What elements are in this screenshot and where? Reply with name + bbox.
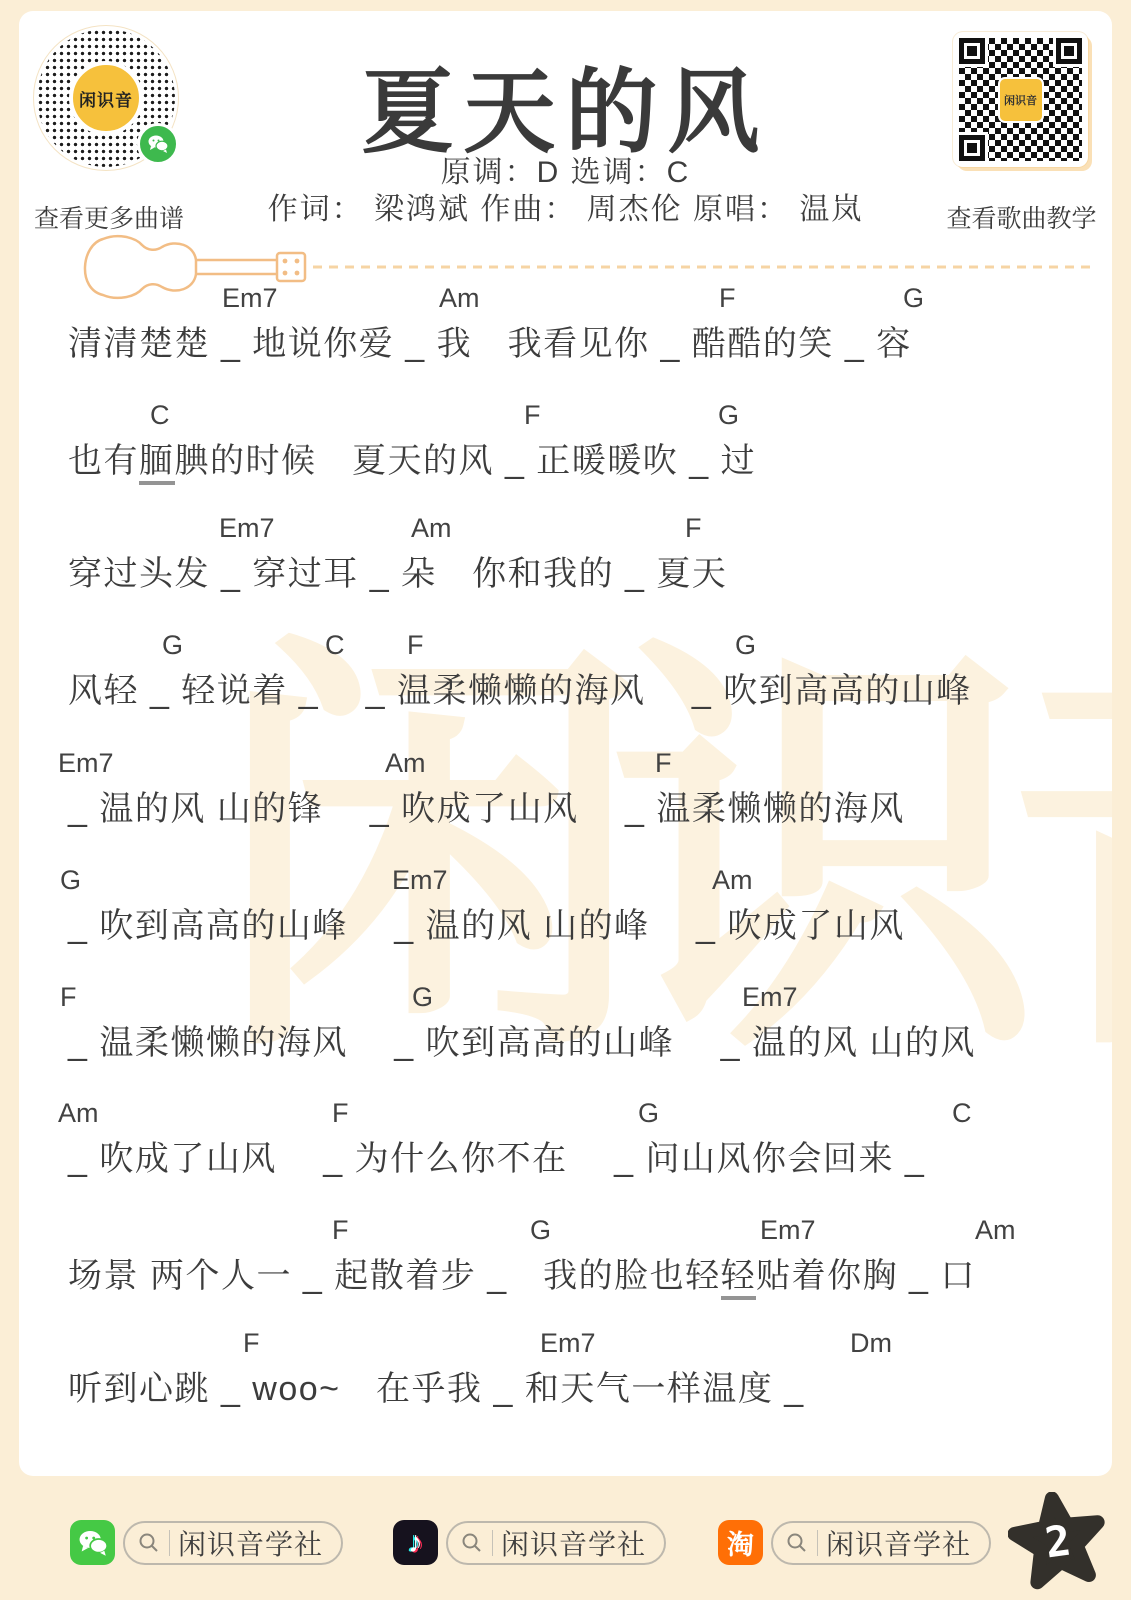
chord-label: F <box>407 630 424 661</box>
chord-label: Em7 <box>219 513 275 544</box>
tutorial-caption: 查看歌曲教学 <box>924 199 1112 235</box>
pill-divider <box>492 1530 493 1556</box>
lyric-line-6: GEm7Am_ 吹到高高的山峰 _ 温的风 山的峰 _ 吹成了山风 <box>19 865 1112 955</box>
chord-label: G <box>412 982 433 1013</box>
lyric-text: 也有腼腆的时候 夏天的风 _ 正暖暖吹 _ 过 <box>68 433 756 482</box>
chord-label: F <box>719 283 736 314</box>
chord-label: F <box>60 982 77 1013</box>
chord-label: F <box>655 748 672 779</box>
lyric-line-4: GCFG风轻 _ 轻说着 _ _ 温柔懒懒的海风 _ 吹到高高的山峰 <box>19 630 1112 720</box>
lyric-line-7: FGEm7_ 温柔懒懒的海风 _ 吹到高高的山峰 _ 温的风 山的风 <box>19 982 1112 1072</box>
chord-label: Em7 <box>540 1328 596 1359</box>
chord-label: G <box>60 865 81 896</box>
qr-center-label: 闲识音 <box>998 77 1044 123</box>
chord-label: C <box>150 400 170 431</box>
lyric-line-10: FEm7Dm听到心跳 _ woo~ 在乎我 _ 和天气一样温度 _ <box>19 1328 1112 1418</box>
search-text: 闲识音学社 <box>826 1523 971 1563</box>
wechat-search-pill[interactable]: 闲识音学社 <box>123 1521 343 1565</box>
more-sheets-caption: 查看更多曲谱 <box>23 199 195 235</box>
chord-label: F <box>243 1328 260 1359</box>
chord-label: G <box>638 1098 659 1129</box>
tutorial-qr-code[interactable]: 闲识音 <box>953 32 1088 167</box>
lyric-line-9: FGEm7Am场景 两个人一 _ 起散着步 _ 我的脸也轻轻贴着你胸 _ 口 <box>19 1215 1112 1305</box>
chord-label: C <box>325 630 345 661</box>
chord-label: Am <box>712 865 753 896</box>
screen: 闲识音 夏天的风 原调：D 选调：C 作词： 梁鸿斌 作曲： 周杰伦 原唱： 温… <box>0 0 1131 1600</box>
taobao-app-icon: 淘 <box>718 1520 763 1565</box>
lyric-line-1: Em7AmFG清清楚楚 _ 地说你爱 _ 我 我看见你 _ 酷酷的笑 _ 容 <box>19 283 1112 373</box>
chord-label: Am <box>385 748 426 779</box>
search-icon <box>460 1531 484 1555</box>
lyric-text: _ 温的风 山的锋 _ 吹成了山风 _ 温柔懒懒的海风 <box>68 781 905 830</box>
chord-label: Am <box>439 283 480 314</box>
chord-label: Em7 <box>742 982 798 1013</box>
lyric-text: _ 吹到高高的山峰 _ 温的风 山的峰 _ 吹成了山风 <box>68 898 905 947</box>
douyin-app-icon: ♪ <box>393 1520 438 1565</box>
qr-center-label: 闲识音 <box>69 61 143 135</box>
pill-divider <box>817 1530 818 1556</box>
lyric-text: 风轻 _ 轻说着 _ _ 温柔懒懒的海风 _ 吹到高高的山峰 <box>68 663 972 712</box>
chord-label: G <box>718 400 739 431</box>
chord-label: Am <box>58 1098 99 1129</box>
search-icon <box>785 1531 809 1555</box>
footer-douyin-group: ♪ 闲识音学社 <box>393 1520 666 1565</box>
lyric-text: 穿过头发 _ 穿过耳 _ 朵 你和我的 _ 夏天 <box>68 546 727 595</box>
wechat-icon <box>137 123 179 165</box>
lyric-line-8: AmFGC_ 吹成了山风 _ 为什么你不在 _ 问山风你会回来 _ <box>19 1098 1112 1188</box>
lyric-line-5: Em7AmF_ 温的风 山的锋 _ 吹成了山风 _ 温柔懒懒的海风 <box>19 748 1112 838</box>
wechat-app-icon <box>70 1520 115 1565</box>
chord-label: G <box>735 630 756 661</box>
chord-label: F <box>685 513 702 544</box>
chord-label: G <box>162 630 183 661</box>
douyin-search-pill[interactable]: 闲识音学社 <box>446 1521 666 1565</box>
chord-label: Em7 <box>392 865 448 896</box>
search-text: 闲识音学社 <box>178 1523 323 1563</box>
lyric-text: _ 吹成了山风 _ 为什么你不在 _ 问山风你会回来 _ <box>68 1131 925 1180</box>
lyric-line-2: CFG也有腼腆的时候 夏天的风 _ 正暖暖吹 _ 过 <box>19 400 1112 490</box>
taobao-search-pill[interactable]: 闲识音学社 <box>771 1521 991 1565</box>
chord-label: Dm <box>850 1328 892 1359</box>
lyric-text: 听到心跳 _ woo~ 在乎我 _ 和天气一样温度 _ <box>68 1361 805 1410</box>
song-sheet: 闲识音 夏天的风 原调：D 选调：C 作词： 梁鸿斌 作曲： 周杰伦 原唱： 温… <box>19 11 1112 1476</box>
chord-label: Em7 <box>760 1215 816 1246</box>
more-sheets-qr-code[interactable]: 闲识音 <box>37 29 175 167</box>
chord-label: G <box>903 283 924 314</box>
footer-taobao-group: 淘 闲识音学社 <box>718 1520 991 1565</box>
lyric-line-3: Em7AmF穿过头发 _ 穿过耳 _ 朵 你和我的 _ 夏天 <box>19 513 1112 603</box>
chord-label: F <box>524 400 541 431</box>
chord-label: G <box>530 1215 551 1246</box>
lyric-text: 清清楚楚 _ 地说你爱 _ 我 我看见你 _ 酷酷的笑 _ 容 <box>68 316 912 365</box>
star-logo: 2 <box>1008 1492 1108 1592</box>
chord-label: C <box>952 1098 972 1129</box>
lyric-text: _ 温柔懒懒的海风 _ 吹到高高的山峰 _ 温的风 山的风 <box>68 1015 976 1064</box>
chord-label: Em7 <box>222 283 278 314</box>
chord-label: F <box>332 1215 349 1246</box>
pill-divider <box>169 1530 170 1556</box>
chord-label: F <box>332 1098 349 1129</box>
footer-wechat-group: 闲识音学社 <box>70 1520 343 1565</box>
search-icon <box>137 1531 161 1555</box>
search-text: 闲识音学社 <box>501 1523 646 1563</box>
chord-label: Em7 <box>58 748 114 779</box>
lyric-text: 场景 两个人一 _ 起散着步 _ 我的脸也轻轻贴着你胸 _ 口 <box>68 1248 976 1297</box>
chord-label: Am <box>975 1215 1016 1246</box>
chord-label: Am <box>411 513 452 544</box>
